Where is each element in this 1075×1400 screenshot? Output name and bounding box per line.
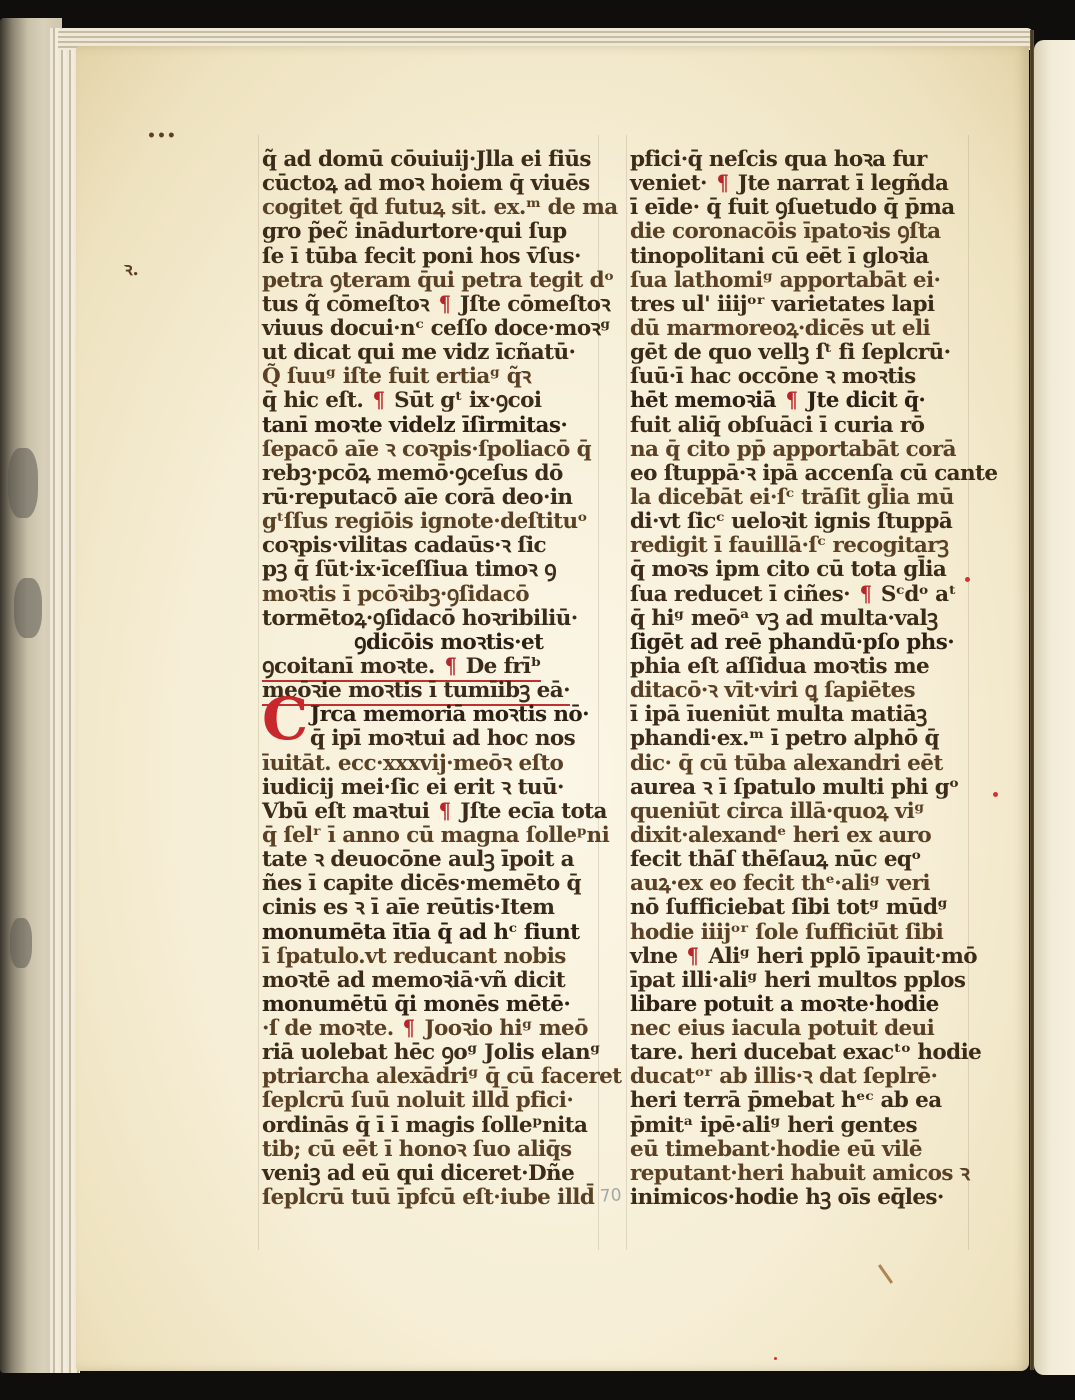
text-line: viuus docui·nᶜ ceſſo doce·moꝛᵍ bbox=[262, 317, 602, 341]
text-line: ſua reducet ī ciñes· ¶ Sᶜdᵒ aᵗ bbox=[630, 583, 970, 607]
text-line: ī eīde· q̄ fuit ꝯſuetudo q̄ p̄ma bbox=[630, 196, 970, 220]
text-line: ñes ī capite dicēs·memēto q̄ bbox=[262, 872, 602, 896]
text-line: ·ſ de moꝛte. ¶ Jooꝛio hiᵍ meō bbox=[262, 1017, 602, 1041]
text-line: hēt memoꝛiā ¶ Jte dicit q̄· bbox=[630, 389, 970, 413]
text-line: Jrca memoriā moꝛtis nō· bbox=[262, 703, 602, 727]
text-line: petra ꝯteram q̄ui petra tegit dᵒ bbox=[262, 269, 602, 293]
text-column-right: pfici·q̄ neſcis qua hoꝛa fur veniet· ¶ J… bbox=[630, 148, 970, 1210]
paragraph-mark: ¶ bbox=[444, 655, 456, 679]
text-line: vlne ¶ Aliᵍ heri pplō īpauit·mō bbox=[630, 945, 970, 969]
text-line: riā uolebat hēc ꝯoᵍ Jolis elanᵍ bbox=[262, 1041, 602, 1065]
text-line: di·vt ſicᶜ ueloꝛit ignis ſtuppā bbox=[630, 510, 970, 534]
text-line: inimicos·hodie hꝫ oīs eq̄les· bbox=[630, 1186, 970, 1210]
rubricated-initial: C bbox=[262, 690, 308, 748]
text-line: coꝛpis·vilitas cadaūs·ꝛ ſic bbox=[262, 534, 602, 558]
text-line: die coronacōis īpatoꝛis ꝯſta bbox=[630, 220, 970, 244]
text-line: dū marmoreoꝝ·dicēs ut eli bbox=[630, 317, 970, 341]
text-line: moꝛtis ī pcōꝛibꝫ·ꝯſidacō bbox=[262, 583, 602, 607]
text-line: ut dicat qui me vidz īcñatū· bbox=[262, 341, 602, 365]
text-line: phia eſt aſſidua moꝛtis me bbox=[630, 655, 970, 679]
text-line: ſigēt ad reē phandū·pſo phs· bbox=[630, 631, 970, 655]
text-line rubric-line: meōꝛie moꝛtis ī tumīibꝫ eā· bbox=[262, 679, 602, 703]
text-line: hodie iiijᵒʳ ſole ſufficiūt ſibi bbox=[630, 921, 970, 945]
text-line: la dicebāt ei·ſᶜ trāſit gl̄ia mū bbox=[630, 486, 970, 510]
text-line: īuitāt. ecc·xxxvij·meōꝛ eſto bbox=[262, 752, 602, 776]
text-line: iudicij mei·ſic ei erit ꝛ tuū· bbox=[262, 776, 602, 800]
binding-stain bbox=[8, 448, 38, 518]
margin-note: ꝛ. bbox=[124, 257, 139, 281]
text-line: cogitet q̄d futuꝝ sit. ex.ᵐ de ma bbox=[262, 196, 602, 220]
text-line: tate ꝛ deuocōne aulꝫ īpoit a bbox=[262, 848, 602, 872]
text-line: ſeplcrū tuū īpfcū eſt·iube illd̄ bbox=[262, 1186, 602, 1210]
text-line: eo ſtuppā·ꝛ ipā accenſa cū cante bbox=[630, 462, 970, 486]
text-line: rū·reputacō aīe corā deo·in bbox=[262, 486, 602, 510]
text-line: tanī moꝛte videlz īſirmitas· bbox=[262, 414, 602, 438]
text-line: q̄ ipī moꝛtui ad hoc nos bbox=[262, 727, 602, 751]
text-line: monumētū q̄i monēs mētē· bbox=[262, 993, 602, 1017]
text-line: rebꝫ·pcōꝝ memō·ꝯceſus dō bbox=[262, 462, 602, 486]
text-line: phandi·ex.ᵐ ī petro alphō q̄ bbox=[630, 727, 970, 751]
text-line: gēt de quo vellꝫ ſᵗ fi ſeplcrū· bbox=[630, 341, 970, 365]
text-line: eū timebant·hodie eū vilē bbox=[630, 1138, 970, 1162]
text-line: ſe ī tūba fecit poni hos v̄ſus· bbox=[262, 245, 602, 269]
text-line: tare. heri ducebat exacᵗᵒ hodie bbox=[630, 1041, 970, 1065]
red-ink-spot bbox=[993, 792, 998, 797]
text-line: ſuū·ī hac occōne ꝛ moꝛtis bbox=[630, 365, 970, 389]
facing-page-edge bbox=[1034, 40, 1075, 1375]
text-line: veniꝫ ad eū qui diceret·Dñe bbox=[262, 1162, 602, 1186]
text-line: aurea ꝛ ī ſpatulo multi phi gᵒ bbox=[630, 776, 970, 800]
text-line: īpat illi·aliᵍ heri multos pplos bbox=[630, 969, 970, 993]
paragraph-mark: ¶ bbox=[439, 800, 451, 824]
text-line: ī ſpatulo.vt reducant nobis bbox=[262, 945, 602, 969]
text-line: reputant·heri habuit amicos ꝛ bbox=[630, 1162, 970, 1186]
text-line: ꝯdicōis moꝛtis·et bbox=[262, 631, 602, 655]
text-line: na q̄ cito pp̄ apportabāt corā bbox=[630, 438, 970, 462]
text-line: tus q̃ cōmeſtoꝛ ¶ Jſte cōmeſtoꝛ bbox=[262, 293, 602, 317]
text-line: q̄ moꝛs ipm cito cū tota gl̄ia bbox=[630, 558, 970, 582]
text-line: p̄mitᵃ ipē·aliᵍ heri gentes bbox=[630, 1114, 970, 1138]
text-line: q̄ hiᵍ meōᵃ vꝫ ad multa·valꝫ bbox=[630, 607, 970, 631]
text-line: moꝛtē ad memoꝛiā·vñ dicit bbox=[262, 969, 602, 993]
text-line: ordinās q̄ ī ī magis ſolleᵖnita bbox=[262, 1114, 602, 1138]
ruling-line bbox=[626, 135, 627, 1250]
text-line: ptriarcha alexādriᵍ q̄ cū faceret bbox=[262, 1065, 602, 1089]
ruling-line bbox=[258, 135, 259, 1250]
binding-stain bbox=[14, 578, 42, 638]
text-line: fecit thāſ thēſauꝝ nūc eqᵒ bbox=[630, 848, 970, 872]
folio-number: 70 bbox=[599, 1185, 622, 1206]
text-line: cūctoꝝ ad moꝛ hoiem q̄ viuēs bbox=[262, 172, 602, 196]
text-line: tinopolitani cū eēt ī gloꝛia bbox=[630, 245, 970, 269]
paragraph-mark: ¶ bbox=[785, 389, 797, 413]
text-line: ſeplcrū ſuū noluit illd̄ pfici· bbox=[262, 1089, 602, 1113]
text-line: veniet· ¶ Jte narrat ī legñda bbox=[630, 172, 970, 196]
text-line: ſua lathomiᵍ apportabāt ei· bbox=[630, 269, 970, 293]
paragraph-mark: ¶ bbox=[403, 1017, 415, 1041]
text-line: dixit·alexandᵉ heri ex auro bbox=[630, 824, 970, 848]
margin-dots: ••• bbox=[147, 128, 177, 144]
text-line rubric-line: ꝯcoitanī moꝛte. ¶ De frīᵇ bbox=[262, 655, 602, 679]
binding-stain bbox=[10, 918, 32, 968]
text-line: ditacō·ꝛ vīt·viri ꝗ ſapiētes bbox=[630, 679, 970, 703]
text-line: fuit aliq̄ obſuāci ī curia rō bbox=[630, 414, 970, 438]
text-line: cinis es ꝛ ī aīe reūtis·Item bbox=[262, 896, 602, 920]
text-line: nō ſufficiebat ſibi totᵍ mūdᵍ bbox=[630, 896, 970, 920]
text-line: queniūt circa illā·quoꝝ viᵍ bbox=[630, 800, 970, 824]
text-line: q̃ ad domū cōuiuij·Jlla ei fiūs bbox=[262, 148, 602, 172]
text-line: gᵗſſus regiōis ignote·deſtituᵒ bbox=[262, 510, 602, 534]
text-line: auꝝ·ex eo fecit thᵉ·aliᵍ veri bbox=[630, 872, 970, 896]
text-column-left: q̃ ad domū cōuiuij·Jlla ei fiūs cūctoꝝ a… bbox=[262, 148, 602, 1210]
text-line: redigit ī fauillā·ſᶜ recogitarꝫ bbox=[630, 534, 970, 558]
text-line: ī ipā īueniūt multa matiāꝫ bbox=[630, 703, 970, 727]
text-line: ſepacō aīe ꝛ coꝛpis·ſpoliacō q̄ bbox=[262, 438, 602, 462]
text-line: pꝫ q̄ ſūt·ix·īceſſiua timoꝛ ꝯ bbox=[262, 558, 602, 582]
text-line: tormētoꝝ·ꝯſidacō hoꝛribiliū· bbox=[262, 607, 602, 631]
text-line: q̄ ſelʳ ī anno cū magna ſolleᵖni bbox=[262, 824, 602, 848]
text-line: Vbū eſt maꝛtui ¶ Jſte ecīa tota bbox=[262, 800, 602, 824]
paragraph-mark: ¶ bbox=[716, 172, 728, 196]
text-line: libare potuit a moꝛte·hodie bbox=[630, 993, 970, 1017]
red-ink-spot bbox=[965, 577, 970, 582]
text-line: ducatᵒʳ ab illis·ꝛ dat ſeplrē· bbox=[630, 1065, 970, 1089]
text-line: tres ul' iiijᵒʳ varietates lapi bbox=[630, 293, 970, 317]
paragraph-mark: ¶ bbox=[373, 389, 385, 413]
text-line: pfici·q̄ neſcis qua hoꝛa fur bbox=[630, 148, 970, 172]
text-line: nec eius iacula potuit deui bbox=[630, 1017, 970, 1041]
text-line: dic· q̄ cū tūba alexandri eēt bbox=[630, 752, 970, 776]
paragraph-mark: ¶ bbox=[687, 945, 699, 969]
red-ink-spot bbox=[774, 1357, 777, 1360]
text-line: heri terrā p̄mebat hᵉᶜ ab ea bbox=[630, 1089, 970, 1113]
paragraph-mark: ¶ bbox=[438, 293, 450, 317]
text-line: monumēta ītīa q̄ ad hᶜ fiunt bbox=[262, 921, 602, 945]
text-line: q̄ hic eſt. ¶ Sūt gᵗ ix·ꝯcoi bbox=[262, 389, 602, 413]
text-line: gro p̃ec̃ inādurtore·qui ſup bbox=[262, 220, 602, 244]
text-line: Q̃ ſuuᵍ iſte fuit ertiaᵍ q̃ꝛ bbox=[262, 365, 602, 389]
paragraph-mark: ¶ bbox=[860, 583, 872, 607]
text-line: tib; cū eēt ī honoꝛ ſuo aliq̄s bbox=[262, 1138, 602, 1162]
